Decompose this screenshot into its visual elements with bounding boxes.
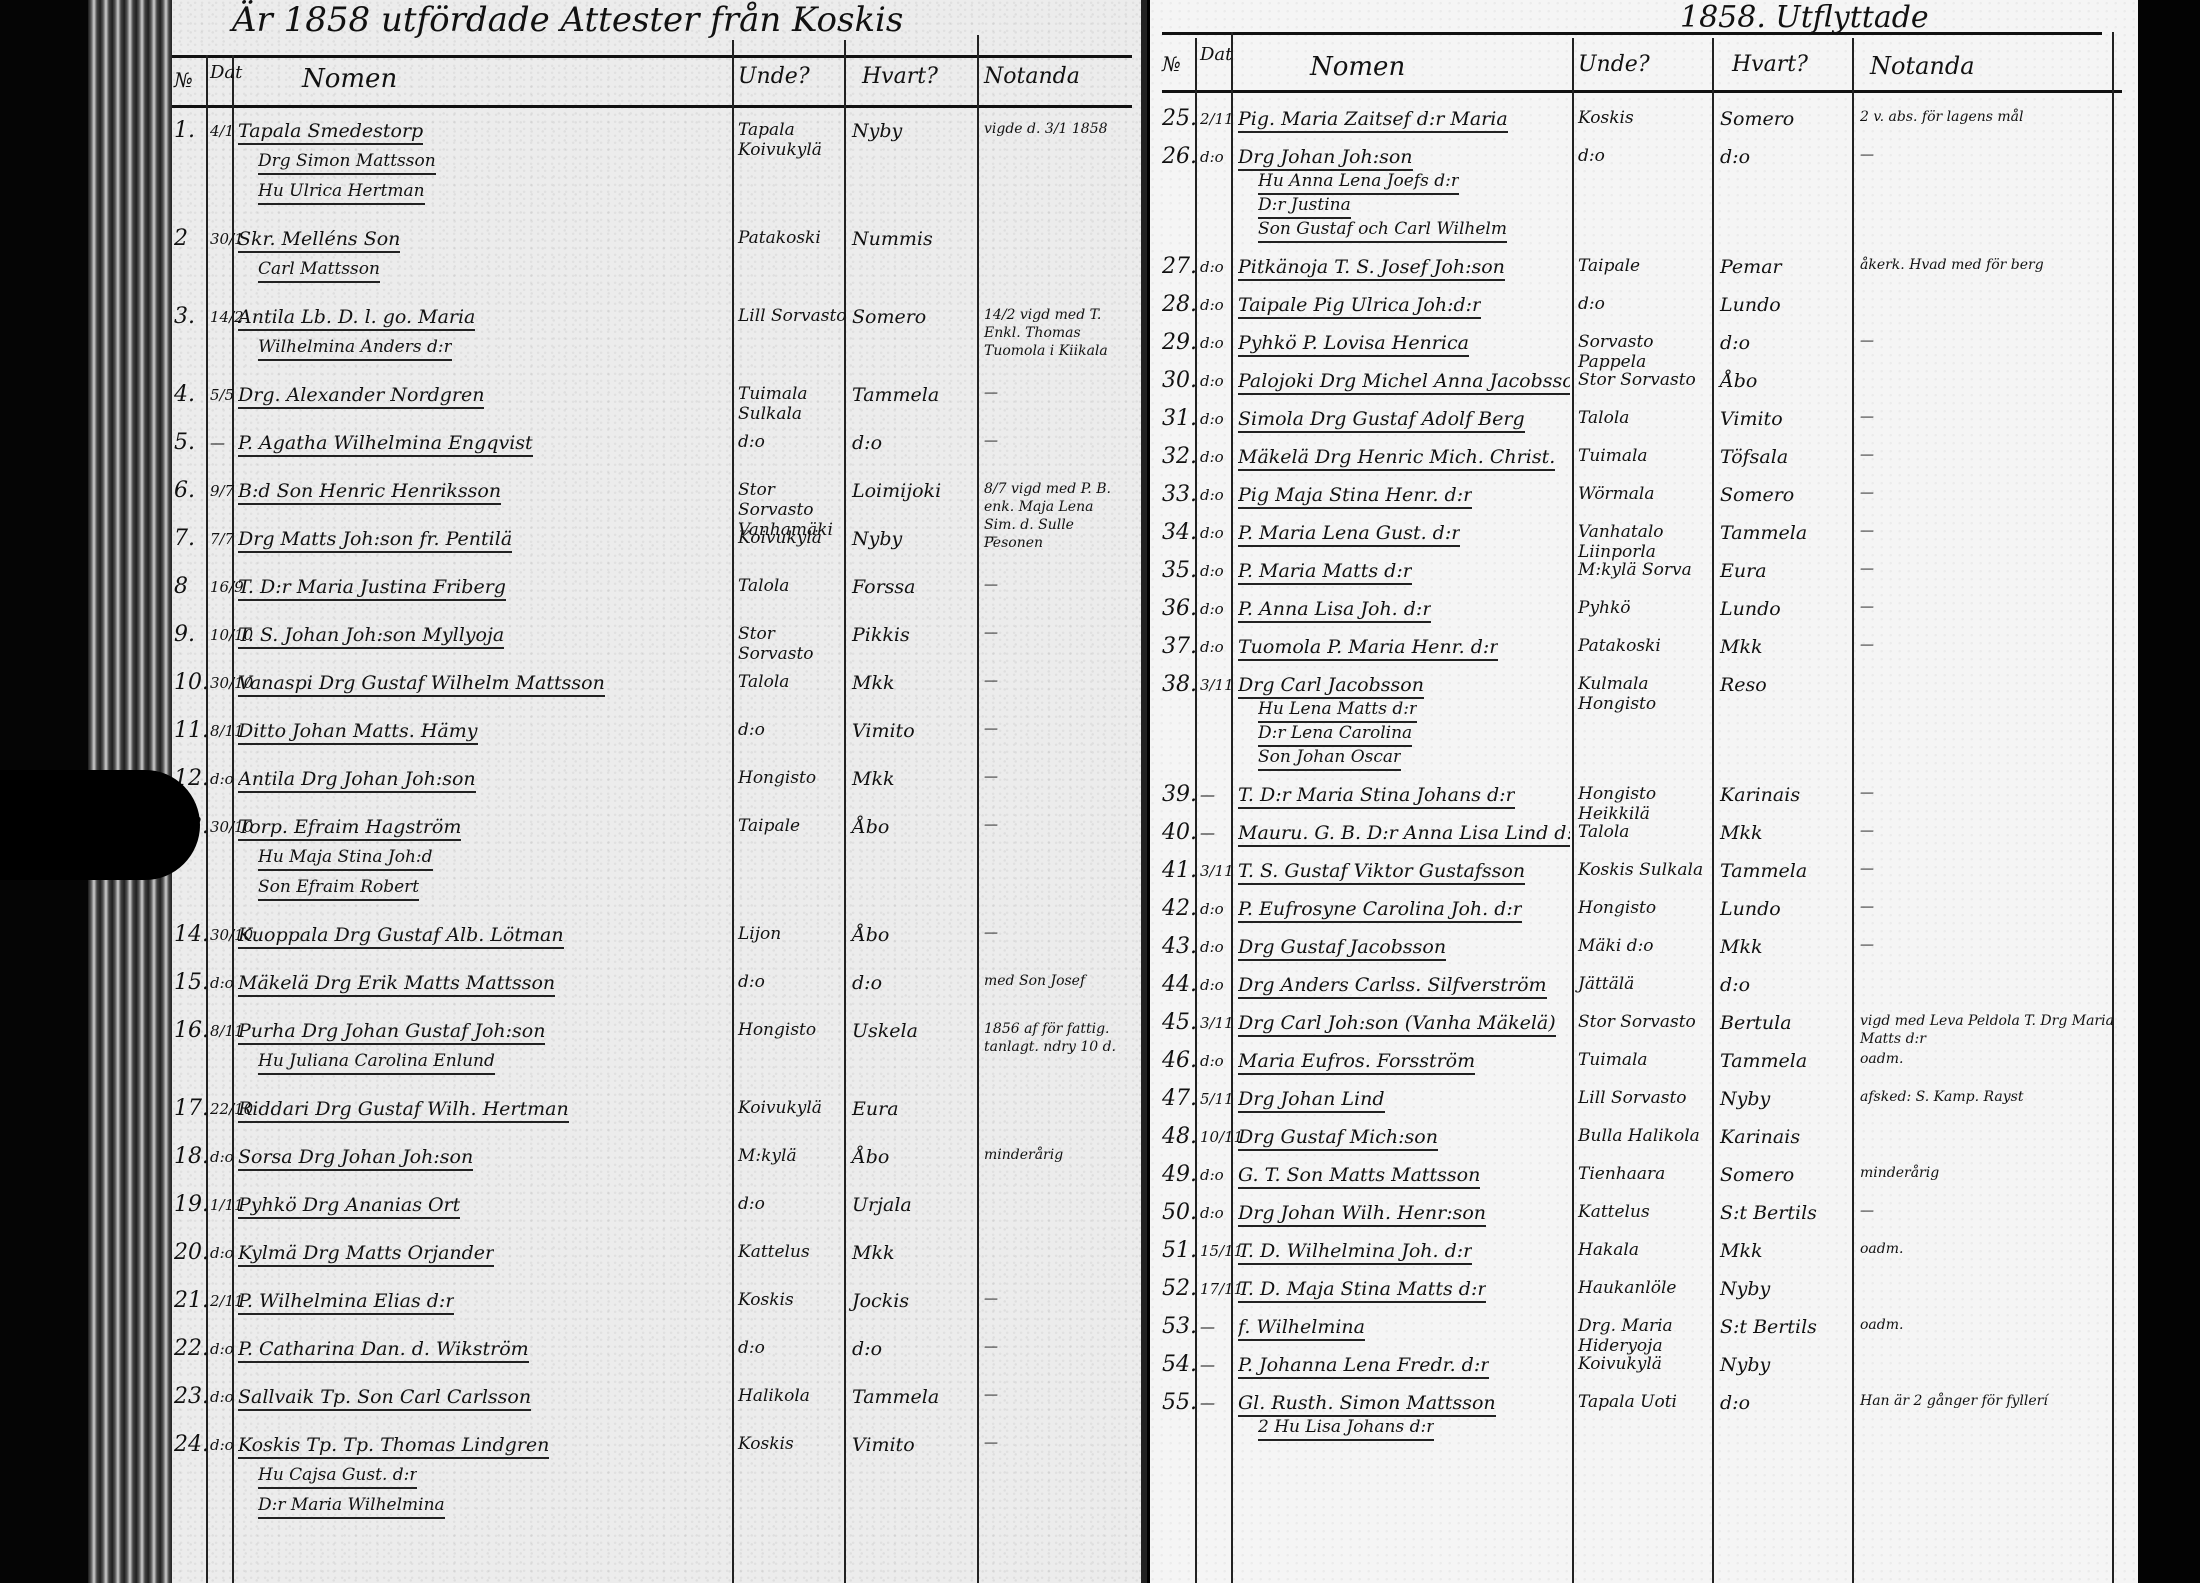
- entry-date: 17/11: [1200, 1278, 1243, 1300]
- entry-name-line: Purha Drg Johan Gustaf Joh:son: [238, 1020, 545, 1045]
- entry-number: 8: [174, 576, 188, 598]
- entry-number: 53.: [1162, 1316, 1197, 1338]
- entry-number: 1.: [174, 120, 195, 142]
- entry-name-line: Sorsa Drg Johan Joh:son: [238, 1146, 473, 1171]
- entry-notes: —: [984, 432, 998, 450]
- entry-number: 30.: [1162, 370, 1197, 392]
- entry-notes: —: [1860, 522, 1874, 540]
- entry-origin: Stor Sorvasto: [738, 624, 848, 664]
- entry-destination: Lundo: [1720, 598, 1781, 620]
- entry-date: d:o: [210, 1242, 234, 1264]
- entry-number: 41.: [1162, 860, 1197, 882]
- entry-date: d:o: [1200, 936, 1224, 958]
- entry-date: d:o: [1200, 898, 1224, 920]
- register-entry: 44.d:oDrg Anders Carlss. SilfverströmJät…: [1150, 974, 2125, 998]
- register-entry: 34.d:oP. Maria Lena Gust. d:rVanhatalo L…: [1150, 522, 2125, 546]
- entry-destination: Tammela: [1720, 1050, 1807, 1072]
- entry-origin: Stor Sorvasto: [1578, 370, 1696, 390]
- entry-origin: Sorvasto Pappela: [1578, 332, 1716, 372]
- entry-origin: Hongisto: [1578, 898, 1656, 918]
- register-entry: 50.d:oDrg Johan Wilh. Henr:sonKattelusS:…: [1150, 1202, 2125, 1226]
- entry-date: —: [1200, 784, 1215, 806]
- entry-number: 40.: [1162, 822, 1197, 844]
- entry-origin: Vanhatalo Liinporla: [1578, 522, 1716, 562]
- register-entry: 15.d:oMäkelä Drg Erik Matts Mattssond:od…: [172, 972, 1132, 1002]
- entry-number: 16.: [174, 1020, 209, 1042]
- entry-name-line: Drg Johan Wilh. Henr:son: [1238, 1202, 1486, 1227]
- entry-destination: Somero: [1720, 108, 1794, 130]
- entry-origin: M:kylä: [738, 1146, 797, 1166]
- entry-number: 36.: [1162, 598, 1197, 620]
- register-entry: 5.—P. Agatha Wilhelmina Engqvistd:od:o—: [172, 432, 1132, 462]
- entry-name-line: Simola Drg Gustaf Adolf Berg: [1238, 408, 1525, 433]
- entry-number: 4.: [174, 384, 195, 406]
- entry-date: d:o: [1200, 256, 1224, 278]
- entry-name-line: T. S. Johan Joh:son Myllyoja: [238, 624, 504, 649]
- entry-number: 37.: [1162, 636, 1197, 658]
- entry-notes: afsked: S. Kamp. Rayst: [1860, 1088, 2023, 1106]
- entry-destination: Vimito: [852, 1434, 915, 1456]
- entry-origin: d:o: [738, 972, 765, 992]
- entry-destination: d:o: [852, 432, 882, 454]
- header-top-rule: [1162, 32, 2102, 35]
- entry-number: 21.: [174, 1290, 209, 1312]
- entry-number: 19.: [174, 1194, 209, 1216]
- entry-name-line: Drg Anders Carlss. Silfverström: [1238, 974, 1547, 999]
- entry-name-line: Antila Drg Johan Joh:son: [238, 768, 476, 793]
- entry-name-line: Sallvaik Tp. Son Carl Carlsson: [238, 1386, 531, 1411]
- register-entry: 25.2/11Pig. Maria Zaitsef d:r MariaKoski…: [1150, 108, 2125, 132]
- entry-origin: Koivukylä: [1578, 1354, 1662, 1374]
- column-header-unde: Unde?: [1578, 52, 1650, 77]
- book-gutter: [1141, 0, 1147, 1583]
- entry-origin: Koskis: [738, 1434, 794, 1454]
- entry-notes: —: [1860, 446, 1874, 464]
- entry-notes: —: [1860, 484, 1874, 502]
- entry-name-line: Gl. Rusth. Simon Mattsson: [1238, 1392, 1496, 1417]
- entry-origin: Wörmala: [1578, 484, 1655, 504]
- entry-origin: Kattelus: [1578, 1202, 1650, 1222]
- entry-name-line: Tapala Smedestorp: [238, 120, 423, 145]
- entry-destination: Karinais: [1720, 1126, 1800, 1148]
- entry-name-line: Pitkänoja T. S. Josef Joh:son: [1238, 256, 1505, 281]
- entry-origin: Patakoski: [1578, 636, 1661, 656]
- entry-name-line: T. D:r Maria Justina Friberg: [238, 576, 506, 601]
- entry-origin: Taipale: [738, 816, 800, 836]
- entry-number: 26.: [1162, 146, 1197, 168]
- entry-date: 4/1: [210, 120, 234, 142]
- entry-name-line: Drg Johan Lind: [1238, 1088, 1385, 1113]
- entry-name-line: P. Johanna Lena Fredr. d:r: [1238, 1354, 1489, 1379]
- entry-destination: Nyby: [1720, 1354, 1770, 1376]
- entry-name-line: Palojoki Drg Michel Anna Jacobsson: [1238, 370, 1570, 395]
- entry-number: 44.: [1162, 974, 1197, 996]
- entry-name-line: Drg Simon Mattsson: [258, 150, 436, 175]
- entry-destination: Karinais: [1720, 784, 1800, 806]
- entry-number: 54.: [1162, 1354, 1197, 1376]
- entry-destination: Åbo: [852, 816, 889, 838]
- register-entry: 32.d:oMäkelä Drg Henric Mich. Christ.Tui…: [1150, 446, 2125, 470]
- entry-destination: Töfsala: [1720, 446, 1788, 468]
- register-entry: 28.d:oTaipale Pig Ulrica Joh:d:rd:oLundo: [1150, 294, 2125, 318]
- entry-origin: d:o: [1578, 294, 1605, 314]
- entry-notes: —: [984, 720, 998, 738]
- entry-number: 48.: [1162, 1126, 1197, 1148]
- entry-origin: Koskis: [738, 1290, 794, 1310]
- entry-notes: —: [1860, 784, 1874, 802]
- scanner-thumb-shadow: [0, 770, 200, 880]
- entry-name-line: Pyhkö P. Lovisa Henrica: [1238, 332, 1469, 357]
- entry-destination: Tammela: [1720, 522, 1807, 544]
- entry-name-line: Pig. Maria Zaitsef d:r Maria: [1238, 108, 1508, 133]
- entry-notes: minderårig: [984, 1146, 1063, 1164]
- entry-name-line: Hu Ulrica Hertman: [258, 180, 425, 205]
- entry-number: 5.: [174, 432, 195, 454]
- entry-destination: d:o: [1720, 1392, 1750, 1414]
- column-header-notanda: Notanda: [1870, 52, 1975, 80]
- register-entry: 21.2/11P. Wilhelmina Elias d:rKoskisJock…: [172, 1290, 1132, 1320]
- register-entry: 55.—Gl. Rusth. Simon Mattsson2 Hu Lisa J…: [1150, 1392, 2125, 1440]
- entry-number: 46.: [1162, 1050, 1197, 1072]
- entry-number: 42.: [1162, 898, 1197, 920]
- entry-origin: Talola: [1578, 822, 1629, 842]
- entry-notes: —: [984, 1386, 998, 1404]
- entry-name-line: Riddari Drg Gustaf Wilh. Hertman: [238, 1098, 569, 1123]
- entry-number: 29.: [1162, 332, 1197, 354]
- entry-name-line: 2 Hu Lisa Johans d:r: [1258, 1416, 1434, 1441]
- entry-date: 9/7: [210, 480, 234, 502]
- register-entry: 33.d:oPig Maja Stina Henr. d:rWörmalaSom…: [1150, 484, 2125, 508]
- register-entry: 47.5/11Drg Johan LindLill SorvastoNybyaf…: [1150, 1088, 2125, 1112]
- entry-destination: S:t Bertils: [1720, 1202, 1817, 1224]
- entry-name-line: Ditto Johan Matts. Hämy: [238, 720, 478, 745]
- entry-name-line: Taipale Pig Ulrica Joh:d:r: [1238, 294, 1481, 319]
- entry-number: 49.: [1162, 1164, 1197, 1186]
- entry-name-line: Hu Anna Lena Joefs d:r: [1258, 170, 1459, 195]
- entry-name-line: Carl Mattsson: [258, 258, 380, 283]
- entry-destination: Nyby: [852, 528, 902, 550]
- entry-name-line: Vanaspi Drg Gustaf Wilhelm Mattsson: [238, 672, 605, 697]
- entry-number: 33.: [1162, 484, 1197, 506]
- entry-notes: Han är 2 gånger för fyllerí: [1860, 1392, 2048, 1410]
- entry-name-line: P. Maria Matts d:r: [1238, 560, 1412, 585]
- register-entry: 816/9T. D:r Maria Justina FribergTalolaF…: [172, 576, 1132, 606]
- entry-destination: Lundo: [1720, 294, 1781, 316]
- register-entry: 41.3/11T. S. Gustaf Viktor GustafssonKos…: [1150, 860, 2125, 884]
- entry-origin: Hongisto Heikkilä: [1578, 784, 1716, 824]
- entry-number: 55.: [1162, 1392, 1197, 1414]
- column-header-nomen: Nomen: [302, 64, 397, 94]
- register-entry: 24.d:oKoskis Tp. Tp. Thomas LindgrenHu C…: [172, 1434, 1132, 1524]
- entry-number: 47.: [1162, 1088, 1197, 1110]
- entry-destination: Lundo: [1720, 898, 1781, 920]
- entry-name-line: f. Wilhelmina: [1238, 1316, 1365, 1341]
- entry-origin: Talola: [1578, 408, 1629, 428]
- entry-number: 35.: [1162, 560, 1197, 582]
- column-header-no: №: [174, 68, 193, 92]
- entry-date: 5/5: [210, 384, 234, 406]
- entry-notes: —: [1860, 560, 1874, 578]
- entry-name-line: D:r Justina: [1258, 194, 1351, 219]
- entry-date: d:o: [210, 1386, 234, 1408]
- entry-destination: Mkk: [852, 768, 894, 790]
- entry-origin: Stor Sorvasto: [1578, 1012, 1696, 1032]
- entry-origin: Tapala Uoti: [1578, 1392, 1677, 1412]
- entry-destination: d:o: [1720, 332, 1750, 354]
- register-entry: 46.d:oMaria Eufros. ForsströmTuimalaTamm…: [1150, 1050, 2125, 1074]
- column-header-hvart: Hvart?: [862, 64, 938, 89]
- entry-name-line: P. Maria Lena Gust. d:r: [1238, 522, 1460, 547]
- entry-name-line: Son Gustaf och Carl Wilhelm: [1258, 218, 1507, 243]
- entry-name-line: Tuomola P. Maria Henr. d:r: [1238, 636, 1498, 661]
- entry-number: 14.: [174, 924, 209, 946]
- register-entry: 16.8/11Purha Drg Johan Gustaf Joh:sonHu …: [172, 1020, 1132, 1080]
- entry-origin: Talola: [738, 576, 789, 596]
- header-bottom-rule: [1162, 90, 2122, 93]
- entry-date: d:o: [1200, 1202, 1224, 1224]
- entry-number: 27.: [1162, 256, 1197, 278]
- entry-destination: d:o: [1720, 974, 1750, 996]
- entry-date: d:o: [1200, 484, 1224, 506]
- entry-origin: Lill Sorvasto: [1578, 1088, 1687, 1108]
- entry-date: d:o: [210, 1146, 234, 1168]
- entry-name-line: Drg Carl Joh:son (Vanha Mäkelä): [1238, 1012, 1556, 1037]
- entry-name-line: Drg. Alexander Nordgren: [238, 384, 484, 409]
- entry-date: d:o: [1200, 522, 1224, 544]
- entry-number: 22.: [174, 1338, 209, 1360]
- entry-origin: Kulmala Hongisto: [1578, 674, 1716, 714]
- register-entry: 36.d:oP. Anna Lisa Joh. d:rPyhköLundo—: [1150, 598, 2125, 622]
- entry-number: 3.: [174, 306, 195, 328]
- entry-number: 15.: [174, 972, 209, 994]
- entry-origin: Taipale: [1578, 256, 1640, 276]
- entry-destination: Somero: [1720, 1164, 1794, 1186]
- entry-destination: Somero: [1720, 484, 1794, 506]
- entry-origin: Bulla Halikola: [1578, 1126, 1700, 1146]
- entry-date: d:o: [1200, 636, 1224, 658]
- entry-name-line: Drg Gustaf Mich:son: [1238, 1126, 1438, 1151]
- entry-destination: Vimito: [1720, 408, 1783, 430]
- column-header-dat: Dat: [210, 62, 242, 83]
- entry-origin: d:o: [738, 1194, 765, 1214]
- entry-number: 11.: [174, 720, 209, 742]
- entry-name-line: Hu Juliana Carolina Enlund: [258, 1050, 495, 1075]
- entry-origin: M:kylä Sorva: [1578, 560, 1692, 580]
- entry-number: 6.: [174, 480, 195, 502]
- register-entry: 31.d:oSimola Drg Gustaf Adolf BergTalola…: [1150, 408, 2125, 432]
- entry-name-line: Pyhkö Drg Ananias Ort: [238, 1194, 460, 1219]
- entry-name-line: Mäkelä Drg Henric Mich. Christ.: [1238, 446, 1555, 471]
- entry-origin: Tapala Koivukylä: [738, 120, 848, 160]
- entry-number: 45.: [1162, 1012, 1197, 1034]
- entry-name-line: Drg Gustaf Jacobsson: [1238, 936, 1446, 961]
- register-entry: 20.d:oKylmä Drg Matts OrjanderKattelusMk…: [172, 1242, 1132, 1272]
- entry-name-line: P. Agatha Wilhelmina Engqvist: [238, 432, 533, 457]
- entry-destination: Mkk: [852, 672, 894, 694]
- entry-notes: åkerk. Hvad med för berg: [1860, 256, 2044, 274]
- entry-number: 18.: [174, 1146, 209, 1168]
- entry-name-line: Kylmä Drg Matts Orjander: [238, 1242, 494, 1267]
- entry-origin: Koivukylä: [738, 1098, 822, 1118]
- entry-name-line: Mauru. G. B. D:r Anna Lisa Lind d:r: [1238, 822, 1570, 847]
- entry-destination: Loimijoki: [852, 480, 941, 502]
- entry-origin: Jättälä: [1578, 974, 1634, 994]
- entry-notes: —: [984, 924, 998, 942]
- entry-name-line: Son Efraim Robert: [258, 876, 419, 901]
- entry-name-line: Torp. Efraim Hagström: [238, 816, 461, 841]
- register-entry: 9.10/10T. S. Johan Joh:son MyllyojaStor …: [172, 624, 1132, 654]
- entry-name-line: Drg Matts Joh:son fr. Pentilä: [238, 528, 512, 553]
- entry-date: d:o: [1200, 146, 1224, 168]
- entry-date: —: [210, 432, 225, 454]
- entry-number: 2: [174, 228, 188, 250]
- entry-date: d:o: [1200, 294, 1224, 316]
- entry-number: 7.: [174, 528, 195, 550]
- register-entry: 45.3/11Drg Carl Joh:son (Vanha Mäkelä)St…: [1150, 1012, 2125, 1036]
- entry-date: d:o: [1200, 560, 1224, 582]
- entry-notes: —: [1860, 636, 1874, 654]
- register-entry: 51.15/11T. D. Wilhelmina Joh. d:rHakalaM…: [1150, 1240, 2125, 1264]
- entry-origin: d:o: [738, 720, 765, 740]
- entry-origin: d:o: [738, 432, 765, 452]
- register-entry: 13.30/10Torp. Efraim HagströmHu Maja Sti…: [172, 816, 1132, 906]
- entry-number: 52.: [1162, 1278, 1197, 1300]
- entry-date: d:o: [210, 1338, 234, 1360]
- entry-notes: —: [984, 528, 998, 546]
- entry-destination: Åbo: [1720, 370, 1757, 392]
- entry-destination: Eura: [1720, 560, 1767, 582]
- entry-destination: Tammela: [852, 384, 939, 406]
- entry-destination: Urjala: [852, 1194, 912, 1216]
- right-page-title: 1858. Utflyttade: [1680, 0, 1929, 35]
- register-entry: 52.17/11T. D. Maja Stina Matts d:rHaukan…: [1150, 1278, 2125, 1302]
- entry-date: 3/11: [1200, 1012, 1234, 1034]
- entry-notes: 1856 af för fattig. tanlagt. ndry 10 d.: [984, 1020, 1126, 1056]
- entry-origin: Koskis: [1578, 108, 1634, 128]
- entry-name-line: T. D. Wilhelmina Joh. d:r: [1238, 1240, 1472, 1265]
- register-entry: 39.—T. D:r Maria Stina Johans d:rHongist…: [1150, 784, 2125, 808]
- entry-destination: Eura: [852, 1098, 899, 1120]
- register-entry: 3.14/2Antila Lb. D. l. go. MariaWilhelmi…: [172, 306, 1132, 366]
- entry-number: 25.: [1162, 108, 1197, 130]
- entry-number: 24.: [174, 1434, 209, 1456]
- entry-origin: d:o: [1578, 146, 1605, 166]
- entry-origin: d:o: [738, 1338, 765, 1358]
- entry-name-line: Son Johan Oscar: [1258, 746, 1401, 771]
- entry-destination: Tammela: [1720, 860, 1807, 882]
- entry-number: 23.: [174, 1386, 209, 1408]
- entry-name-line: T. D:r Maria Stina Johans d:r: [1238, 784, 1515, 809]
- entry-date: d:o: [1200, 1050, 1224, 1072]
- entry-notes: —: [1860, 822, 1874, 840]
- entry-destination: Jockis: [852, 1290, 909, 1312]
- entry-name-line: Hu Cajsa Gust. d:r: [258, 1464, 417, 1489]
- entry-destination: Nyby: [1720, 1278, 1770, 1300]
- entry-notes: med Son Josef: [984, 972, 1085, 990]
- entry-date: d:o: [1200, 974, 1224, 996]
- entry-notes: —: [1860, 936, 1874, 954]
- entry-number: 38.: [1162, 674, 1197, 696]
- entry-name-line: P. Eufrosyne Carolina Joh. d:r: [1238, 898, 1522, 923]
- register-entry: 230/1Skr. Melléns SonCarl MattssonPatako…: [172, 228, 1132, 288]
- entry-number: 32.: [1162, 446, 1197, 468]
- register-entry: 42.d:oP. Eufrosyne Carolina Joh. d:rHong…: [1150, 898, 2125, 922]
- entry-date: d:o: [210, 768, 234, 790]
- entry-number: 28.: [1162, 294, 1197, 316]
- entry-date: 3/11: [1200, 674, 1234, 696]
- column-header-nomen: Nomen: [1310, 52, 1405, 82]
- entry-date: d:o: [1200, 1164, 1224, 1186]
- entry-number: 9.: [174, 624, 195, 646]
- entry-name-line: B:d Son Henric Henriksson: [238, 480, 501, 505]
- entry-destination: Forssa: [852, 576, 916, 598]
- entry-origin: Mäki d:o: [1578, 936, 1654, 956]
- entry-origin: Lill Sorvasto: [738, 306, 847, 326]
- entry-destination: Nyby: [1720, 1088, 1770, 1110]
- entry-number: 51.: [1162, 1240, 1197, 1262]
- right-page: 1858. Utflyttade № Dat Nomen Unde? Hvart…: [1150, 0, 2140, 1583]
- register-entry: 22.d:oP. Catharina Dan. d. Wikströmd:od:…: [172, 1338, 1132, 1368]
- entry-destination: d:o: [1720, 146, 1750, 168]
- entry-destination: Mkk: [852, 1242, 894, 1264]
- column-header-dat: Dat: [1200, 44, 1232, 65]
- entry-date: d:o: [1200, 408, 1224, 430]
- entry-origin: Kattelus: [738, 1242, 810, 1262]
- entry-notes: oadm.: [1860, 1050, 1903, 1068]
- entry-date: 2/11: [1200, 108, 1234, 130]
- entry-origin: Tuimala: [1578, 1050, 1648, 1070]
- entry-notes: —: [984, 672, 998, 690]
- register-entry: 10.30/10Vanaspi Drg Gustaf Wilhelm Matts…: [172, 672, 1132, 702]
- register-entry: 23.d:oSallvaik Tp. Son Carl CarlssonHali…: [172, 1386, 1132, 1416]
- register-entry: 1.4/1Tapala SmedestorpDrg Simon Mattsson…: [172, 120, 1132, 210]
- entry-destination: d:o: [852, 1338, 882, 1360]
- entry-origin: Tuimala Sulkala: [738, 384, 848, 424]
- register-entry: 48.10/11Drg Gustaf Mich:sonBulla Halikol…: [1150, 1126, 2125, 1150]
- entry-notes: oadm.: [1860, 1240, 1903, 1258]
- entry-name-line: Hu Maja Stina Joh:d: [258, 846, 433, 871]
- entry-notes: —: [984, 624, 998, 642]
- column-header-no: №: [1162, 52, 1181, 76]
- register-entry: 40.—Mauru. G. B. D:r Anna Lisa Lind d:rT…: [1150, 822, 2125, 846]
- entry-notes: vigd med Leva Peldola T. Drg Maria Matts…: [1860, 1012, 2119, 1048]
- entry-name-line: Kuoppala Drg Gustaf Alb. Lötman: [238, 924, 564, 949]
- entry-origin: Hongisto: [738, 1020, 816, 1040]
- register-entry: 53.—f. WilhelminaDrg. Maria HideryojaS:t…: [1150, 1316, 2125, 1340]
- entry-date: —: [1200, 822, 1215, 844]
- column-header-notanda: Notanda: [984, 64, 1080, 89]
- entry-date: d:o: [210, 972, 234, 994]
- entry-date: 3/11: [1200, 860, 1234, 882]
- entry-name-line: T. S. Gustaf Viktor Gustafsson: [1238, 860, 1525, 885]
- register-entry: 29.d:oPyhkö P. Lovisa HenricaSorvasto Pa…: [1150, 332, 2125, 356]
- entry-notes: vigde d. 3/1 1858: [984, 120, 1108, 138]
- entry-notes: —: [984, 1290, 998, 1308]
- entry-destination: Reso: [1720, 674, 1767, 696]
- entry-date: d:o: [1200, 446, 1224, 468]
- entry-destination: Tammela: [852, 1386, 939, 1408]
- entry-origin: Pyhkö: [1578, 598, 1631, 618]
- entry-notes: —: [984, 576, 998, 594]
- entry-notes: —: [984, 816, 998, 834]
- entry-notes: 2 v. abs. för lagens mål: [1860, 108, 2023, 126]
- register-entry: 30.d:oPalojoki Drg Michel Anna Jacobsson…: [1150, 370, 2125, 394]
- entry-date: 5/11: [1200, 1088, 1234, 1110]
- entry-date: —: [1200, 1392, 1215, 1414]
- entry-notes: —: [1860, 898, 1874, 916]
- column-header-hvart: Hvart?: [1732, 52, 1808, 77]
- entry-number: 50.: [1162, 1202, 1197, 1224]
